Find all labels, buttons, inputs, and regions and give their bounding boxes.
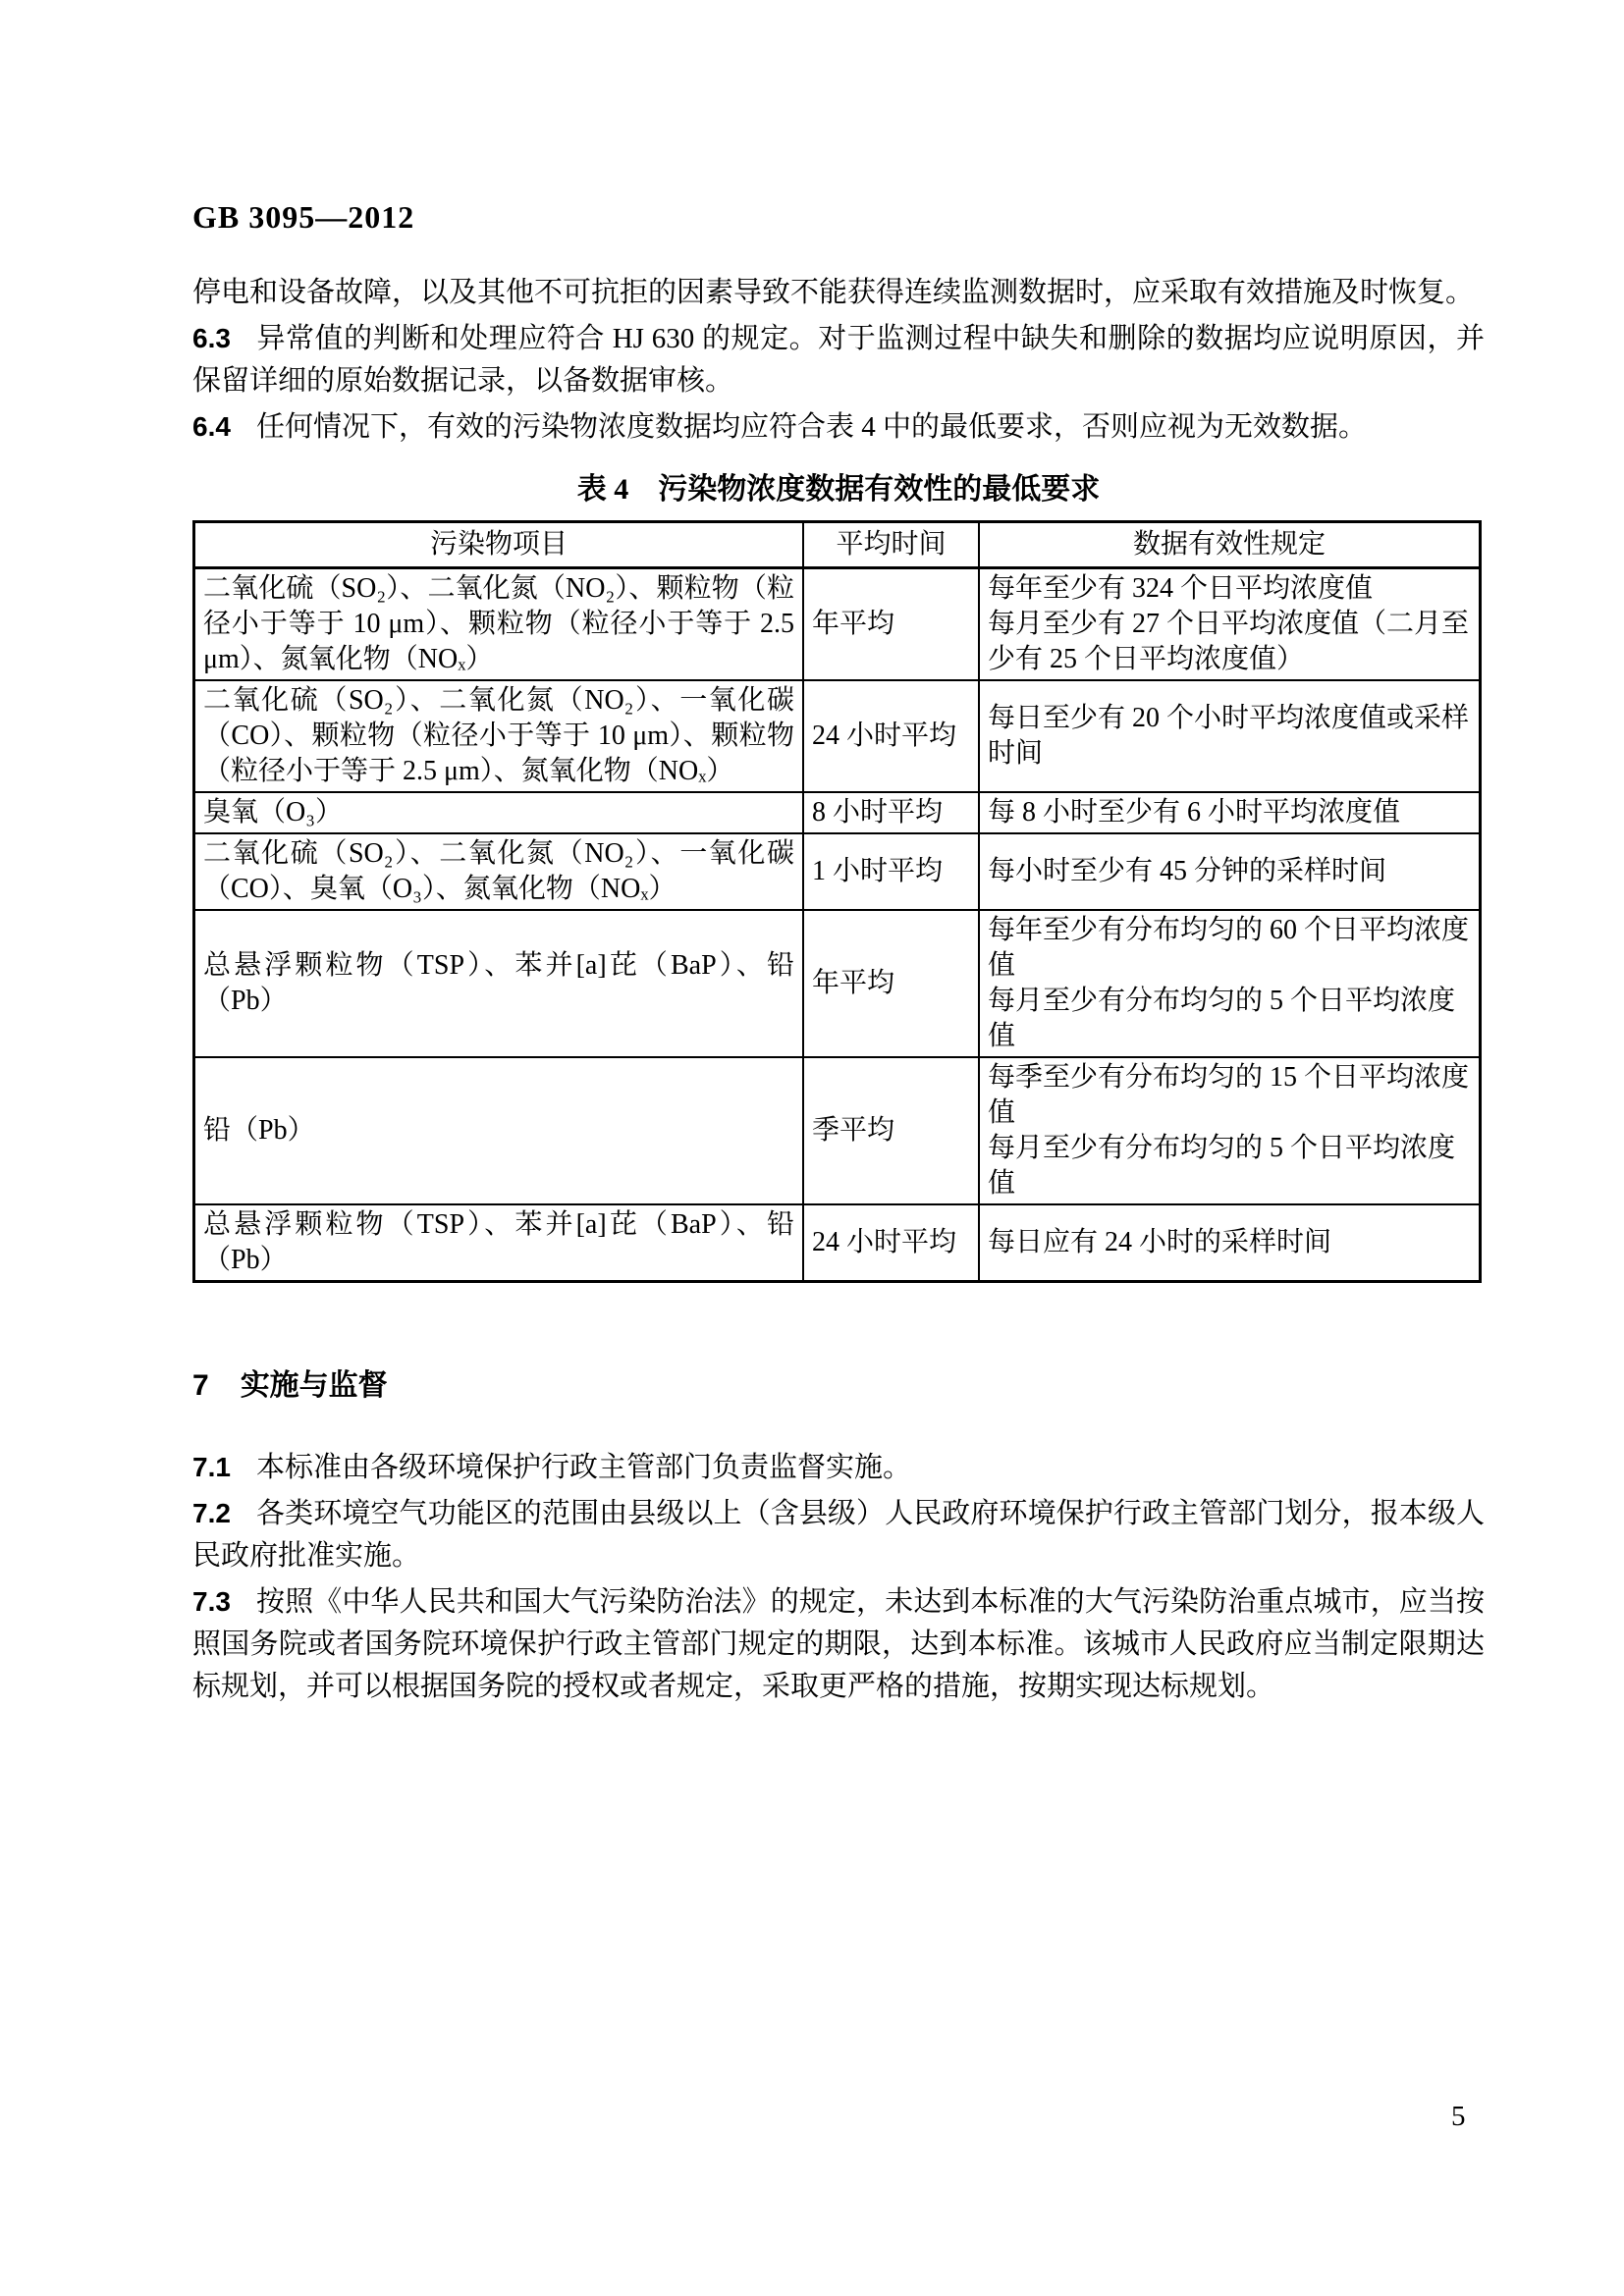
section-number: 7 — [192, 1369, 209, 1402]
validity-cell: 每年至少有分布均匀的 60 个日平均浓度值每月至少有分布均匀的 5 个日平均浓度… — [979, 910, 1481, 1057]
pollutant-cell: 臭氧（O₃） — [194, 792, 804, 833]
pollutant-cell: 二氧化硫（SO₂）、二氧化氮（NO₂）、一氧化碳（CO）、颗粒物（粒径小于等于 … — [194, 680, 804, 792]
clause-text: 异常值的判断和处理应符合 HJ 630 的规定。对于监测过程中缺失和删除的数据均… — [192, 323, 1485, 397]
clause-6-4: 6.4任何情况下，有效的污染物浓度数据均应符合表 4 中的最低要求，否则应视为无… — [192, 405, 1485, 449]
period-cell: 年平均 — [803, 568, 979, 681]
validity-line: 每月至少有 27 个日平均浓度值（二月至少有 25 个日平均浓度值） — [988, 607, 1471, 677]
clause-text: 各类环境空气功能区的范围由县级以上（含县级）人民政府环境保护行政主管部门划分，报… — [192, 1498, 1485, 1572]
validity-line: 每月至少有分布均匀的 5 个日平均浓度值 — [988, 984, 1471, 1054]
clause-number: 7.1 — [192, 1452, 231, 1482]
period-cell: 季平均 — [803, 1057, 979, 1204]
clause-7-1: 7.1本标准由各级环境保护行政主管部门负责监督实施。 — [192, 1446, 1485, 1489]
table-header-row: 污染物项目 平均时间 数据有效性规定 — [194, 522, 1481, 568]
validity-line: 每月至少有分布均匀的 5 个日平均浓度值 — [988, 1131, 1471, 1201]
clause-number: 6.3 — [192, 323, 231, 353]
validity-cell: 每小时至少有 45 分钟的采样时间 — [979, 833, 1481, 910]
validity-line: 每日至少有 20 个小时平均浓度值或采样时间 — [988, 701, 1471, 772]
period-cell: 24 小时平均 — [803, 1204, 979, 1282]
validity-line: 每小时至少有 45 分钟的采样时间 — [988, 854, 1471, 889]
validity-line: 每季至少有分布均匀的 15 个日平均浓度值 — [988, 1060, 1471, 1131]
paragraph-continuation: 停电和设备故障，以及其他不可抗拒的因素导致不能获得连续监测数据时，应采取有效措施… — [192, 272, 1485, 314]
pollutant-cell: 二氧化硫（SO₂）、二氧化氮（NO₂）、一氧化碳（CO）、臭氧（O₃）、氮氧化物… — [194, 833, 804, 910]
clause-text: 按照《中华人民共和国大气污染防治法》的规定，未达到本标准的大气污染防治重点城市，… — [192, 1586, 1485, 1702]
clause-7-3: 7.3按照《中华人民共和国大气污染防治法》的规定，未达到本标准的大气污染防治重点… — [192, 1580, 1485, 1708]
table-row: 臭氧（O₃）8 小时平均每 8 小时至少有 6 小时平均浓度值 — [194, 792, 1481, 833]
table-row: 二氧化硫（SO₂）、二氧化氮（NO₂）、一氧化碳（CO）、臭氧（O₃）、氮氧化物… — [194, 833, 1481, 910]
section-7-heading: 7实施与监督 — [192, 1367, 1485, 1405]
header-validity: 数据有效性规定 — [979, 522, 1481, 568]
page-number: 5 — [1451, 2101, 1466, 2132]
validity-line: 每年至少有 324 个日平均浓度值 — [988, 571, 1471, 607]
clause-6-3: 6.3异常值的判断和处理应符合 HJ 630 的规定。对于监测过程中缺失和删除的… — [192, 317, 1485, 402]
pollutant-cell: 总悬浮颗粒物（TSP）、苯并[a]芘（BaP）、铅（Pb） — [194, 1204, 804, 1282]
period-cell: 1 小时平均 — [803, 833, 979, 910]
table-row: 二氧化硫（SO₂）、二氧化氮（NO₂）、一氧化碳（CO）、颗粒物（粒径小于等于 … — [194, 680, 1481, 792]
pollutant-cell: 二氧化硫（SO₂）、二氧化氮（NO₂）、颗粒物（粒径小于等于 10 μm）、颗粒… — [194, 568, 804, 681]
header-period: 平均时间 — [803, 522, 979, 568]
clause-text: 本标准由各级环境保护行政主管部门负责监督实施。 — [256, 1452, 911, 1483]
header-pollutant: 污染物项目 — [194, 522, 804, 568]
section-title: 实施与监督 — [241, 1369, 388, 1402]
validity-cell: 每 8 小时至少有 6 小时平均浓度值 — [979, 792, 1481, 833]
period-cell: 8 小时平均 — [803, 792, 979, 833]
document-page: GB 3095—2012 停电和设备故障，以及其他不可抗拒的因素导致不能获得连续… — [0, 0, 1624, 2296]
validity-cell: 每季至少有分布均匀的 15 个日平均浓度值每月至少有分布均匀的 5 个日平均浓度… — [979, 1057, 1481, 1204]
clause-text: 任何情况下，有效的污染物浓度数据均应符合表 4 中的最低要求，否则应视为无效数据… — [256, 411, 1367, 443]
validity-cell: 每日至少有 20 个小时平均浓度值或采样时间 — [979, 680, 1481, 792]
period-cell: 年平均 — [803, 910, 979, 1057]
table-row: 总悬浮颗粒物（TSP）、苯并[a]芘（BaP）、铅（Pb）24 小时平均每日应有… — [194, 1204, 1481, 1282]
validity-line: 每日应有 24 小时的采样时间 — [988, 1225, 1471, 1260]
period-cell: 24 小时平均 — [803, 680, 979, 792]
clause-number: 6.4 — [192, 411, 231, 442]
pollutant-cell: 总悬浮颗粒物（TSP）、苯并[a]芘（BaP）、铅（Pb） — [194, 910, 804, 1057]
validity-cell: 每年至少有 324 个日平均浓度值每月至少有 27 个日平均浓度值（二月至少有 … — [979, 568, 1481, 681]
validity-table: 污染物项目 平均时间 数据有效性规定 二氧化硫（SO₂）、二氧化氮（NO₂）、颗… — [192, 520, 1482, 1283]
table-body: 二氧化硫（SO₂）、二氧化氮（NO₂）、颗粒物（粒径小于等于 10 μm）、颗粒… — [194, 568, 1481, 1282]
standard-number: GB 3095—2012 — [192, 199, 1485, 235]
pollutant-cell: 铅（Pb） — [194, 1057, 804, 1204]
table-row: 总悬浮颗粒物（TSP）、苯并[a]芘（BaP）、铅（Pb）年平均每年至少有分布均… — [194, 910, 1481, 1057]
table-title: 表 4 污染物浓度数据有效性的最低要求 — [192, 468, 1485, 510]
table-row: 二氧化硫（SO₂）、二氧化氮（NO₂）、颗粒物（粒径小于等于 10 μm）、颗粒… — [194, 568, 1481, 681]
clause-number: 7.3 — [192, 1586, 231, 1617]
clause-number: 7.2 — [192, 1498, 231, 1528]
table-row: 铅（Pb）季平均每季至少有分布均匀的 15 个日平均浓度值每月至少有分布均匀的 … — [194, 1057, 1481, 1204]
validity-cell: 每日应有 24 小时的采样时间 — [979, 1204, 1481, 1282]
validity-line: 每 8 小时至少有 6 小时平均浓度值 — [988, 795, 1471, 830]
clause-7-2: 7.2各类环境空气功能区的范围由县级以上（含县级）人民政府环境保护行政主管部门划… — [192, 1492, 1485, 1577]
validity-line: 每年至少有分布均匀的 60 个日平均浓度值 — [988, 913, 1471, 984]
